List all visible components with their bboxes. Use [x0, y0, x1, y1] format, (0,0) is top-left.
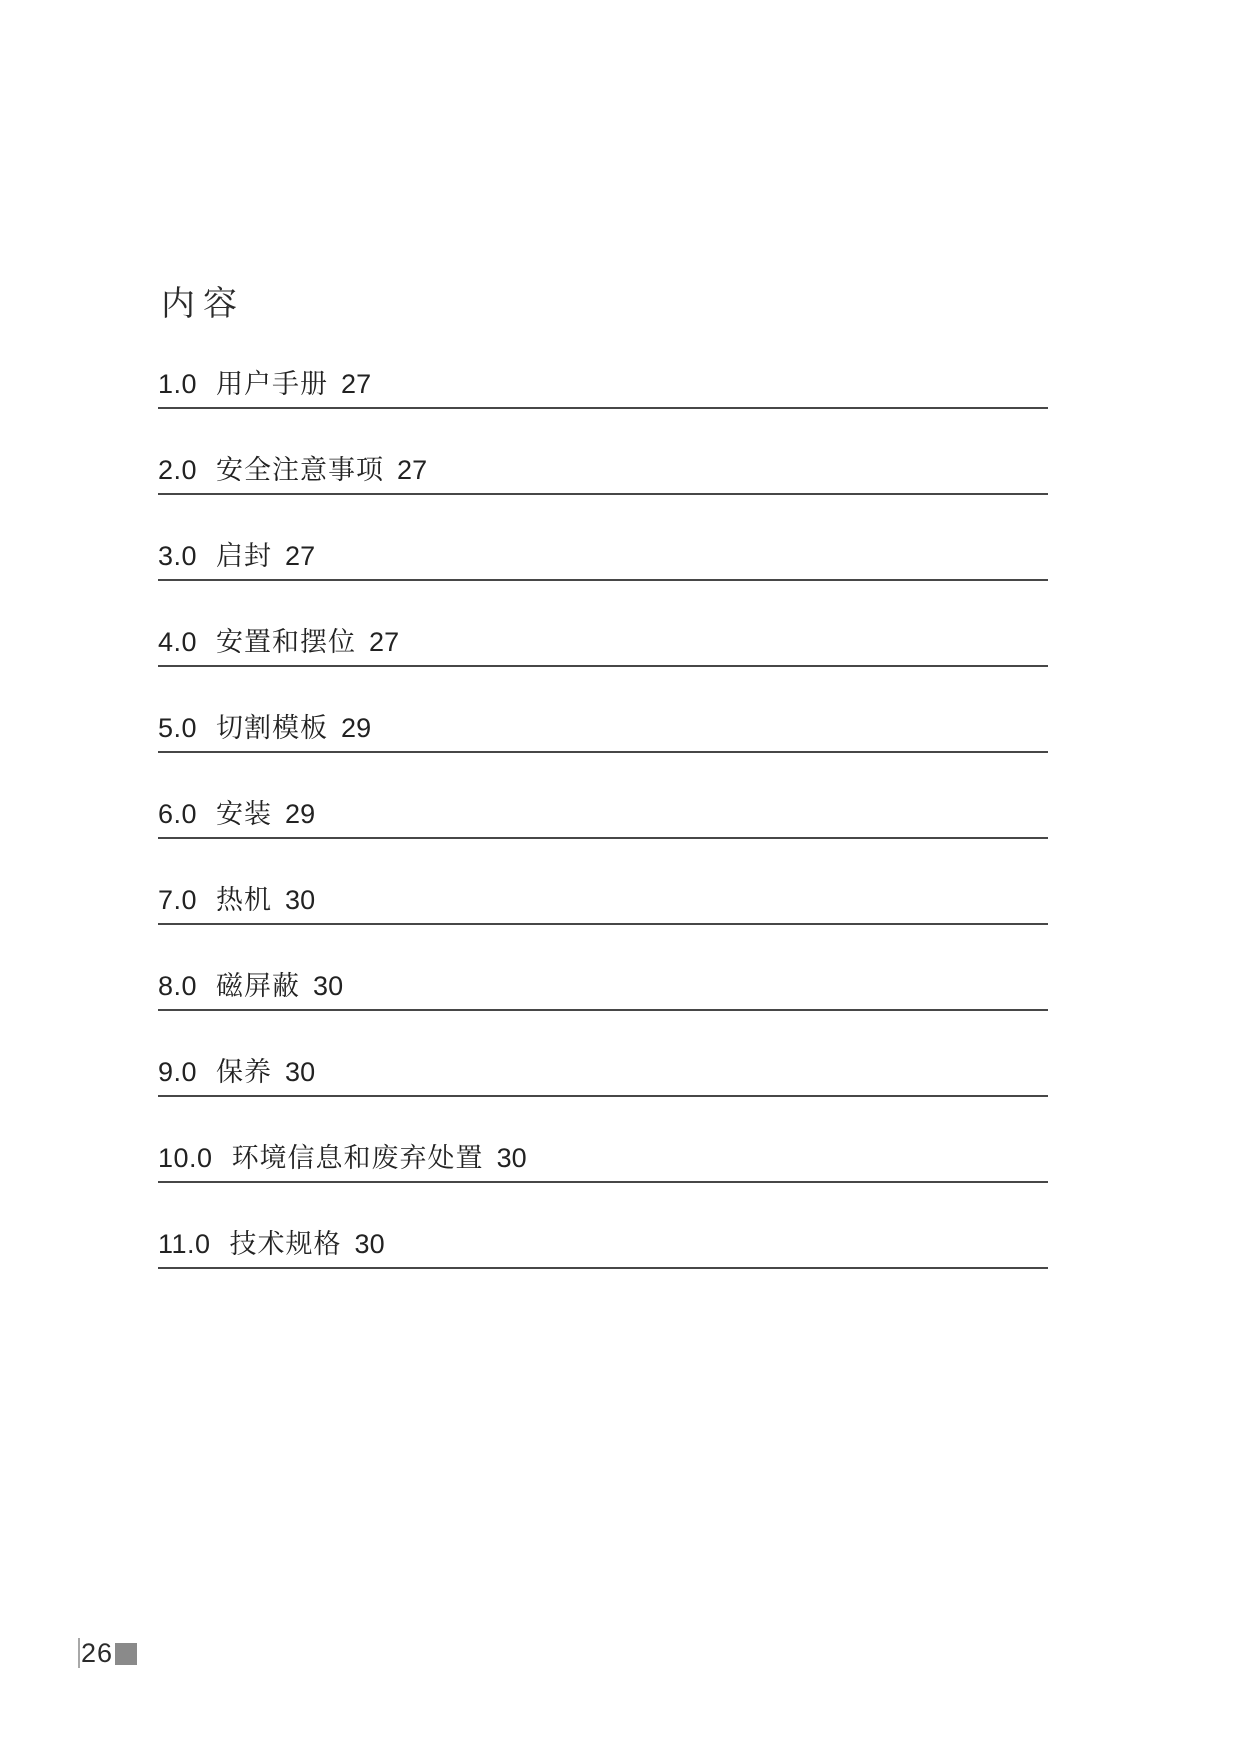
toc-item-page: 27 [341, 370, 371, 398]
toc-item-number: 8.0 [158, 972, 197, 1000]
toc-item-title: 用户手册 [216, 370, 328, 398]
toc-item-number: 7.0 [158, 886, 197, 914]
toc-item: 11.0 技术规格 30 [158, 1230, 1048, 1269]
toc-item: 10.0 环境信息和废弃处置 30 [158, 1144, 1048, 1183]
toc-item-number: 5.0 [158, 714, 197, 742]
toc-item: 8.0 磁屏蔽 30 [158, 972, 1048, 1011]
toc-item-number: 1.0 [158, 370, 197, 398]
toc-item-number: 9.0 [158, 1058, 197, 1086]
toc-item-title: 磁屏蔽 [216, 972, 300, 1000]
toc-item-page: 27 [285, 542, 315, 570]
toc-item: 5.0 切割模板 29 [158, 714, 1048, 753]
toc-item-page: 30 [497, 1144, 527, 1172]
page-number: 26 [81, 1640, 113, 1667]
toc-item-title: 保养 [216, 1058, 272, 1086]
document-page: 内容 1.0 用户手册 27 2.0 安全注意事项 27 3.0 启封 27 4… [0, 0, 1241, 1754]
toc-item-number: 6.0 [158, 800, 197, 828]
toc-item-number: 2.0 [158, 456, 197, 484]
toc-item-number: 10.0 [158, 1144, 213, 1172]
toc-item-number: 3.0 [158, 542, 197, 570]
toc-item-page: 27 [397, 456, 427, 484]
toc-item-title: 安全注意事项 [216, 456, 384, 484]
toc-item-page: 27 [369, 628, 399, 656]
toc-item-page: 30 [285, 886, 315, 914]
toc-item-title: 技术规格 [230, 1230, 342, 1258]
toc-item-title: 切割模板 [216, 714, 328, 742]
toc-item: 9.0 保养 30 [158, 1058, 1048, 1097]
toc-item-title: 安置和摆位 [216, 628, 356, 656]
toc-item: 7.0 热机 30 [158, 886, 1048, 925]
toc-item: 3.0 启封 27 [158, 542, 1048, 581]
toc-item-title: 环境信息和废弃处置 [232, 1144, 484, 1172]
toc-item-page: 30 [285, 1058, 315, 1086]
toc-item: 2.0 安全注意事项 27 [158, 456, 1048, 495]
toc-item-page: 30 [313, 972, 343, 1000]
toc-item: 1.0 用户手册 27 [158, 370, 1048, 409]
page-marker-square-icon [115, 1643, 137, 1665]
toc-item-number: 11.0 [158, 1230, 211, 1258]
toc-item-page: 30 [355, 1230, 385, 1258]
footer-tick [78, 1638, 80, 1668]
toc-item-title: 热机 [216, 886, 272, 914]
toc-item: 4.0 安置和摆位 27 [158, 628, 1048, 667]
toc-list: 1.0 用户手册 27 2.0 安全注意事项 27 3.0 启封 27 4.0 … [158, 370, 1048, 1316]
toc-item-title: 安装 [216, 800, 272, 828]
page-footer: 26 [78, 1638, 137, 1668]
page-title: 内容 [161, 276, 245, 325]
toc-item-title: 启封 [216, 542, 272, 570]
toc-item: 6.0 安装 29 [158, 800, 1048, 839]
toc-item-number: 4.0 [158, 628, 197, 656]
toc-item-page: 29 [341, 714, 371, 742]
toc-item-page: 29 [285, 800, 315, 828]
